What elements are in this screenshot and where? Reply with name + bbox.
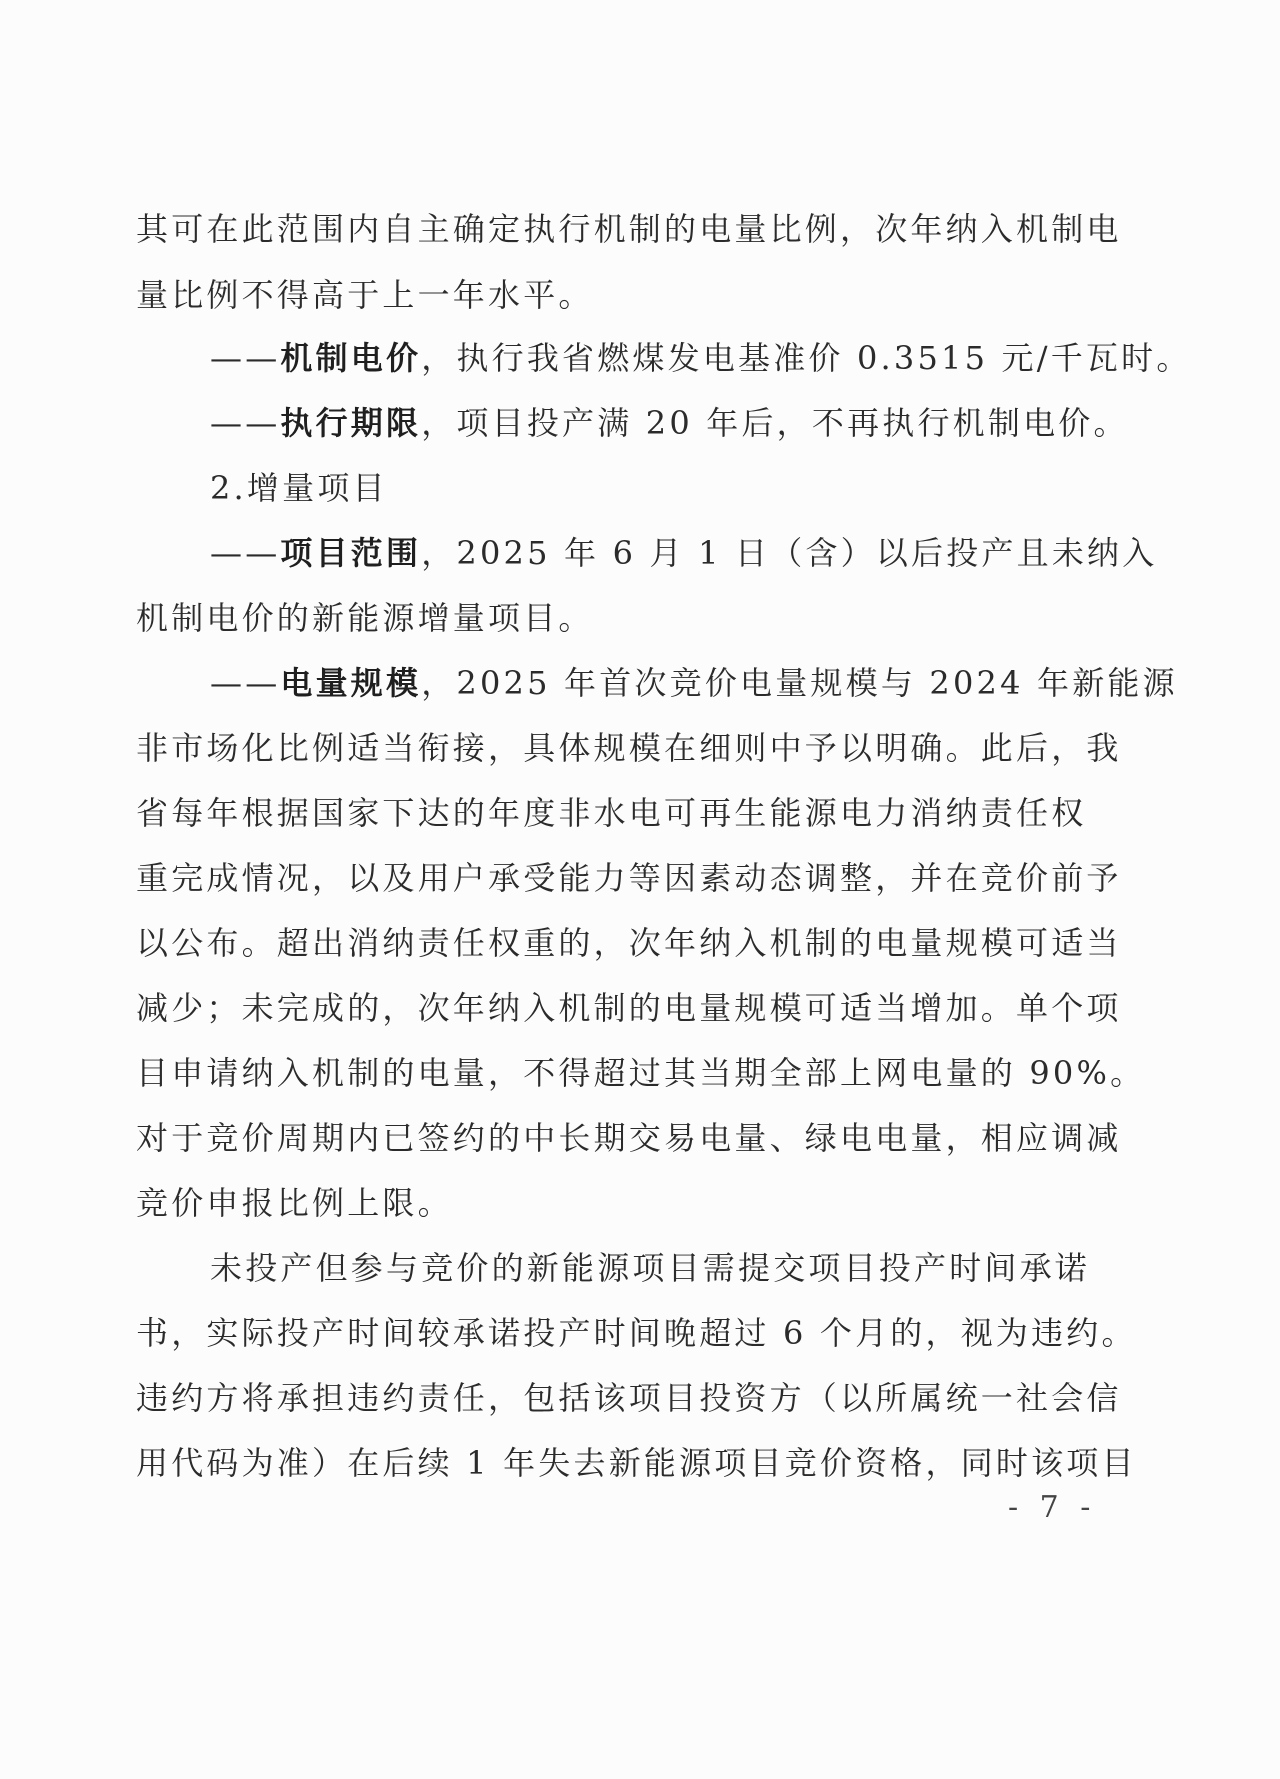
paragraph-line: 对于竞价周期内已签约的中长期交易电量、绿电电量，相应调减	[136, 1118, 1136, 1158]
em-dash: ——	[210, 339, 280, 377]
paragraph-line: 重完成情况，以及用户承受能力等因素动态调整，并在竞价前予	[136, 858, 1136, 898]
item-volume-scale: ——电量规模，2025 年首次竞价电量规模与 2024 年新能源	[210, 663, 1210, 703]
paragraph-line: 违约方将承担违约责任，包括该项目投资方（以所属统一社会信	[136, 1378, 1136, 1418]
item-heading: 机制电价	[280, 339, 421, 377]
em-dash: ——	[210, 664, 280, 702]
item-text: ，2025 年 6 月 1 日（含）以后投产且未纳入	[421, 534, 1157, 572]
paragraph-line: 其可在此范围内自主确定执行机制的电量比例，次年纳入机制电	[136, 209, 1136, 249]
page-number: - 7 -	[1008, 1490, 1096, 1526]
section-heading: 2.增量项目	[210, 468, 1210, 508]
item-mechanism-price: ——机制电价，执行我省燃煤发电基准价 0.3515 元/千瓦时。	[210, 338, 1210, 378]
paragraph-line: 未投产但参与竞价的新能源项目需提交项目投产时间承诺	[210, 1248, 1210, 1288]
item-text: ，执行我省燃煤发电基准价 0.3515 元/千瓦时。	[421, 339, 1191, 377]
paragraph-line: 量比例不得高于上一年水平。	[136, 275, 1136, 315]
paragraph-line: 用代码为准）在后续 1 年失去新能源项目竞价资格，同时该项目	[136, 1443, 1136, 1483]
paragraph-line: 竞价申报比例上限。	[136, 1183, 1136, 1223]
item-heading: 电量规模	[280, 664, 421, 702]
em-dash: ——	[210, 534, 280, 572]
paragraph-line: 以公布。超出消纳责任权重的，次年纳入机制的电量规模可适当	[136, 923, 1136, 963]
item-project-scope: ——项目范围，2025 年 6 月 1 日（含）以后投产且未纳入	[210, 533, 1210, 573]
item-heading: 执行期限	[280, 404, 421, 442]
item-heading: 项目范围	[280, 534, 421, 572]
document-page: 其可在此范围内自主确定执行机制的电量比例，次年纳入机制电 量比例不得高于上一年水…	[0, 0, 1280, 1779]
em-dash: ——	[210, 404, 280, 442]
paragraph-line: 书，实际投产时间较承诺投产时间晚超过 6 个月的，视为违约。	[136, 1313, 1136, 1353]
item-text: ，2025 年首次竞价电量规模与 2024 年新能源	[421, 664, 1178, 702]
paragraph-line: 机制电价的新能源增量项目。	[136, 598, 1136, 638]
paragraph-line: 目申请纳入机制的电量，不得超过其当期全部上网电量的 90%。	[136, 1053, 1136, 1093]
item-text: ，项目投产满 20 年后，不再执行机制电价。	[421, 404, 1128, 442]
item-execution-period: ——执行期限，项目投产满 20 年后，不再执行机制电价。	[210, 403, 1210, 443]
paragraph-line: 非市场化比例适当衔接，具体规模在细则中予以明确。此后，我	[136, 728, 1136, 768]
paragraph-line: 减少；未完成的，次年纳入机制的电量规模可适当增加。单个项	[136, 988, 1136, 1028]
paragraph-line: 省每年根据国家下达的年度非水电可再生能源电力消纳责任权	[136, 793, 1136, 833]
